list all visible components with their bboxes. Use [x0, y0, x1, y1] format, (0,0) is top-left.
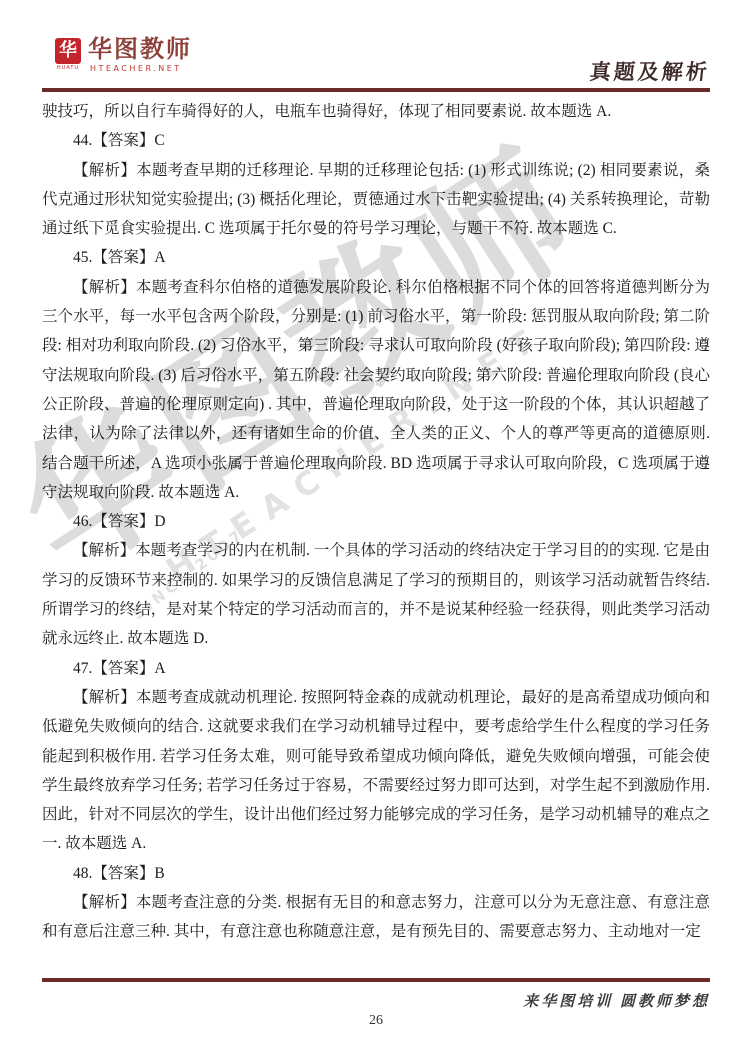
answer-explanations: 驶技巧，所以自行车骑得好的人，电瓶车也骑得好，体现了相同要素说. 故本题选 A.… [42, 97, 710, 947]
paragraph: 46.【答案】D [42, 507, 710, 536]
paragraph: 【解析】本题考查早期的迁移理论. 早期的迁移理论包括: (1) 形式训练说; (… [42, 156, 710, 244]
page-number: 26 [42, 1013, 710, 1029]
huatu-logo-icon: 华 [55, 38, 81, 64]
footer-slogan: 来华图培训 圆教师梦想 [42, 990, 710, 1011]
page-header: 华 HUATU 华图教师 HTEACHER.NET 真题及解析 [55, 38, 710, 88]
paragraph: 【解析】本题考查科尔伯格的道德发展阶段论. 科尔伯格根据不同个体的回答将道德判断… [42, 273, 710, 507]
paragraph: 45.【答案】A [42, 243, 710, 272]
paragraph: 44.【答案】C [42, 126, 710, 155]
paragraph: 48.【答案】B [42, 859, 710, 888]
paragraph: 【解析】本题考查注意的分类. 根据有无目的和意志努力，注意可以分为无意注意、有意… [42, 888, 710, 947]
paragraph: 【解析】本题考查学习的内在机制. 一个具体的学习活动的终结决定于学习目的的实现.… [42, 536, 710, 653]
logo-caption: HUATU [55, 65, 81, 71]
brand-name: 华图教师 [88, 38, 192, 62]
paragraph: 47.【答案】A [42, 654, 710, 683]
page-type-title: 真题及解析 [588, 56, 711, 86]
brand-domain: HTEACHER.NET [90, 64, 192, 73]
footer-divider [42, 978, 710, 982]
header-divider [42, 88, 710, 92]
document-page: 华图教师 HTEACHER.NET SINCE 2007 华 HUATU 华图教… [0, 0, 750, 1061]
page-footer: 来华图培训 圆教师梦想 26 [42, 978, 710, 1029]
paragraph: 【解析】本题考查成就动机理论. 按照阿特金森的成就动机理论，最好的是高希望成功倾… [42, 683, 710, 859]
paragraph: 驶技巧，所以自行车骑得好的人，电瓶车也骑得好，体现了相同要素说. 故本题选 A. [42, 97, 710, 126]
